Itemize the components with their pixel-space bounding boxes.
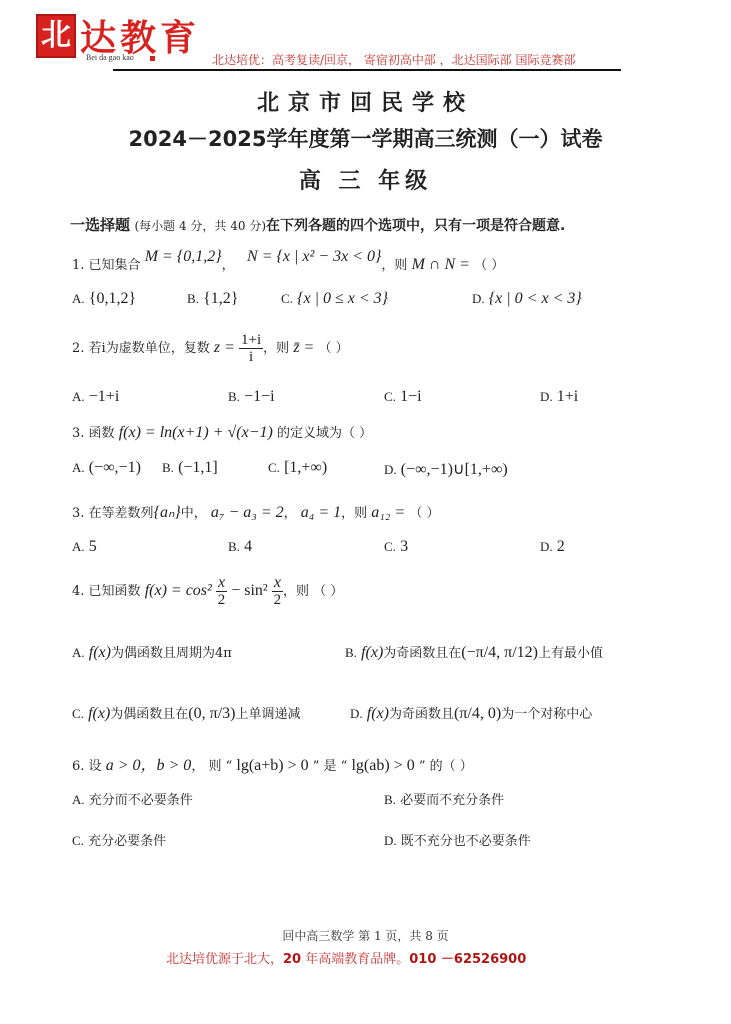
option-text: 1+i	[557, 388, 578, 405]
option-label: C.	[384, 389, 396, 404]
punct: ，	[222, 258, 235, 273]
option-text: 为偶函数且周期为4π	[111, 646, 232, 661]
math-expression: lg(a+b) > 0	[236, 757, 308, 774]
option-d: D. {x | 0 < x < 3}	[472, 290, 582, 308]
math-expression: − sin²	[231, 582, 268, 599]
option-text: 上有最小值	[538, 646, 603, 661]
answer-blank: （ ）	[313, 584, 343, 599]
option-d: D. 既不充分也不必要条件	[384, 830, 531, 849]
header-divider	[113, 69, 621, 71]
brand-phone: 010 －62526900	[409, 952, 526, 967]
fraction: x2	[272, 575, 283, 608]
option-text: 3	[400, 538, 408, 555]
option-d: D. (−∞,−1)∪[1,+∞)	[384, 459, 508, 479]
option-label: D.	[472, 291, 485, 306]
numerator: x	[216, 575, 227, 592]
question-text: 设	[89, 759, 102, 774]
option-a: A. 5	[72, 538, 97, 556]
option-text: 5	[89, 538, 97, 555]
math-expression: a₄ = 1	[301, 504, 341, 521]
option-b: B. −1−i	[228, 388, 275, 406]
fraction: x2	[216, 575, 227, 608]
fraction: 1+ii	[239, 332, 263, 365]
school-title: 北京市回民学校	[0, 86, 731, 117]
option-text: 充分必要条件	[88, 834, 166, 849]
question-text: 已知集合	[89, 258, 141, 273]
question-text: ” 是 “	[313, 759, 348, 774]
option-label: B.	[384, 792, 396, 807]
math-expression: M ∩ N =	[412, 256, 470, 273]
math-expression: N = {x | x² − 3x < 0}	[247, 248, 381, 265]
math-expression: a₇ − a₃ = 2	[211, 504, 284, 521]
math-expression: f(x) = cos²	[145, 582, 212, 599]
option-label: A.	[72, 645, 85, 660]
punct: ，	[284, 506, 297, 521]
brand-years: 20	[283, 952, 301, 967]
option-a: A. 充分而不必要条件	[72, 789, 193, 808]
question-text: ，则	[283, 584, 309, 599]
answer-blank: （ ）	[443, 759, 473, 774]
option-label: B.	[345, 645, 357, 660]
option-a: A. {0,1,2}	[72, 290, 136, 308]
option-text: 4	[244, 538, 252, 555]
math-expression: a₁₂ =	[371, 504, 405, 521]
math-expression: f(x)	[88, 705, 110, 722]
option-text: 为偶函数且在	[110, 707, 188, 722]
question-number: 6.	[72, 759, 84, 774]
option-text: 1−i	[400, 388, 421, 405]
option-label: B.	[187, 291, 199, 306]
answer-blank: （ ）	[474, 258, 504, 273]
math-interval: (−π/4, π/12)	[461, 644, 538, 661]
denominator: 2	[216, 592, 227, 608]
brand-text: 年高端教育品牌。	[301, 952, 409, 967]
question-text: 若i为虚数单位，复数	[89, 341, 210, 356]
option-text: {x | 0 ≤ x < 3}	[297, 290, 388, 307]
option-label: B.	[162, 460, 174, 475]
option-label: D.	[384, 462, 397, 477]
option-text: [1,+∞)	[284, 459, 327, 476]
option-label: A.	[72, 389, 85, 404]
option-text: 上单调递减	[235, 707, 300, 722]
math-expression: f(x) = ln(x+1) + √(x−1)	[119, 424, 273, 441]
math-expression: lg(ab) > 0	[351, 757, 414, 774]
question-text: 中，	[181, 506, 207, 521]
answer-blank: （ ）	[319, 341, 349, 356]
question-6-stem: 6. 设 a > 0，b > 0， 则 “ lg(a+b) > 0 ” 是 “ …	[72, 752, 473, 775]
option-label: B.	[228, 539, 240, 554]
option-label: D.	[540, 539, 553, 554]
question-3b-stem: 3. 在等差数列{aₙ}中， a₇ − a₃ = 2， a₄ = 1，则 a₁₂…	[72, 502, 439, 522]
header-tagline: 北达培优：高考复读/回京， 寄宿初高中部 ，北达国际部 国际竞赛部	[212, 51, 576, 68]
question-2-stem: 2. 若i为虚数单位，复数 z = 1+ii，则 z̄ = （ ）	[72, 332, 349, 365]
option-label: A.	[72, 291, 85, 306]
question-text: 在等差数列	[89, 506, 154, 521]
option-text: 2	[557, 538, 565, 555]
grade-title: 高 三 年级	[0, 164, 731, 195]
math-expression: z =	[214, 339, 235, 356]
logo-dot-icon	[150, 56, 155, 61]
footer-brand: 北达培优源于北大，20 年高端教育品牌。010 －62526900	[166, 948, 526, 967]
logo-badge: 北	[36, 14, 76, 58]
option-c: C. 充分必要条件	[72, 830, 166, 849]
option-b: B. 4	[228, 538, 252, 556]
option-b: B. 必要而不充分条件	[384, 789, 504, 808]
option-text: 为奇函数且在	[383, 646, 461, 661]
math-expression: f(x)	[367, 705, 389, 722]
option-label: B.	[228, 389, 240, 404]
numerator: x	[272, 575, 283, 592]
question-1-stem: 1. 已知集合 M = {0,1,2}， N = {x | x² − 3x < …	[72, 254, 504, 274]
option-label: D.	[384, 833, 397, 848]
answer-blank: （ ）	[342, 426, 372, 441]
question-text: 函数	[89, 426, 115, 441]
option-text: −1−i	[244, 388, 275, 405]
option-text: (−∞,−1)∪[1,+∞)	[401, 461, 508, 478]
question-number: 4.	[72, 584, 84, 599]
question-number: 2.	[72, 341, 84, 356]
option-text: 必要而不充分条件	[400, 793, 504, 808]
question-text: ” 的	[419, 759, 443, 774]
question-text: ， 则 “	[191, 759, 232, 774]
answer-blank: （ ）	[409, 506, 439, 521]
math-interval: (0, π/3)	[188, 705, 235, 722]
option-c: C. 1−i	[384, 388, 422, 406]
math-expression: z̄ =	[293, 339, 314, 356]
section-heading: 一选择题 (每小题 4 分，共 40 分)在下列各题的四个选项中，只有一项是符合…	[70, 214, 565, 235]
option-label: D.	[540, 389, 553, 404]
denominator: i	[239, 349, 263, 365]
option-label: A.	[72, 460, 85, 475]
option-label: C.	[281, 291, 293, 306]
brand-text: 北达培优源于北大，	[166, 952, 283, 967]
option-text: 为一个对称中心	[501, 707, 592, 722]
question-4-stem: 4. 已知函数 f(x) = cos² x2 − sin² x2，则 （ ）	[72, 575, 343, 608]
page-number: 回中高三数学 第 1 页，共 8 页	[0, 927, 731, 944]
question-number: 3.	[72, 506, 84, 521]
question-text: 的定义域为	[277, 426, 342, 441]
question-text: 已知函数	[89, 584, 141, 599]
option-text: 充分而不必要条件	[89, 793, 193, 808]
option-b: B. {1,2}	[187, 290, 238, 308]
option-label: A.	[72, 539, 85, 554]
math-expression: M = {0,1,2}	[145, 248, 222, 265]
option-text: {0,1,2}	[89, 290, 136, 307]
question-number: 3.	[72, 426, 84, 441]
option-c: C. 3	[384, 538, 408, 556]
option-d: D. 1+i	[540, 388, 578, 406]
denominator: 2	[272, 592, 283, 608]
option-label: C.	[384, 539, 396, 554]
math-expression: a > 0，b > 0	[106, 757, 192, 774]
math-expression: {aₙ}	[154, 504, 181, 521]
option-d: D. 2	[540, 538, 565, 556]
option-text: {x | 0 < x < 3}	[489, 290, 582, 307]
logo-pinyin: Bei da gao kao	[86, 53, 134, 62]
question-text: ，则	[263, 341, 289, 356]
question-text: ，则	[381, 258, 407, 273]
option-text: 为奇函数且	[389, 707, 454, 722]
option-a: A. −1+i	[72, 388, 119, 406]
option-a: A. f(x)为偶函数且周期为4π	[72, 642, 232, 662]
question-number: 1.	[72, 258, 84, 273]
math-expression: f(x)	[89, 644, 111, 661]
option-text: −1+i	[89, 388, 120, 405]
option-b: B. f(x)为奇函数且在(−π/4, π/12)上有最小值	[345, 642, 603, 662]
section-title: 一选择题	[70, 216, 130, 234]
option-label: D.	[350, 706, 363, 721]
math-interval: (π/4, 0)	[454, 705, 501, 722]
option-text: 既不充分也不必要条件	[401, 834, 531, 849]
option-text: (−∞,−1)	[89, 459, 141, 476]
option-label: A.	[72, 792, 85, 807]
section-instruction: 在下列各题的四个选项中，只有一项是符合题意.	[266, 218, 565, 234]
option-c: C. [1,+∞)	[268, 459, 327, 477]
option-d: D. f(x)为奇函数且(π/4, 0)为一个对称中心	[350, 703, 592, 723]
math-expression: f(x)	[361, 644, 383, 661]
option-c: C. f(x)为偶函数且在(0, π/3)上单调递减	[72, 703, 300, 723]
option-text: {1,2}	[203, 290, 238, 307]
section-note: (每小题 4 分，共 40 分)	[134, 219, 266, 233]
numerator: 1+i	[239, 332, 263, 349]
option-text: (−1,1]	[178, 459, 218, 476]
option-label: C.	[72, 833, 84, 848]
option-b: B. (−1,1]	[162, 459, 218, 477]
option-label: C.	[268, 460, 280, 475]
exam-title: 2024－2025学年度第一学期高三统测（一）试卷	[0, 123, 731, 153]
question-3-stem: 3. 函数 f(x) = ln(x+1) + √(x−1) 的定义域为（ ）	[72, 422, 372, 442]
option-c: C. {x | 0 ≤ x < 3}	[281, 290, 388, 308]
option-a: A. (−∞,−1)	[72, 459, 141, 477]
question-text: ，则	[341, 506, 367, 521]
option-label: C.	[72, 706, 84, 721]
